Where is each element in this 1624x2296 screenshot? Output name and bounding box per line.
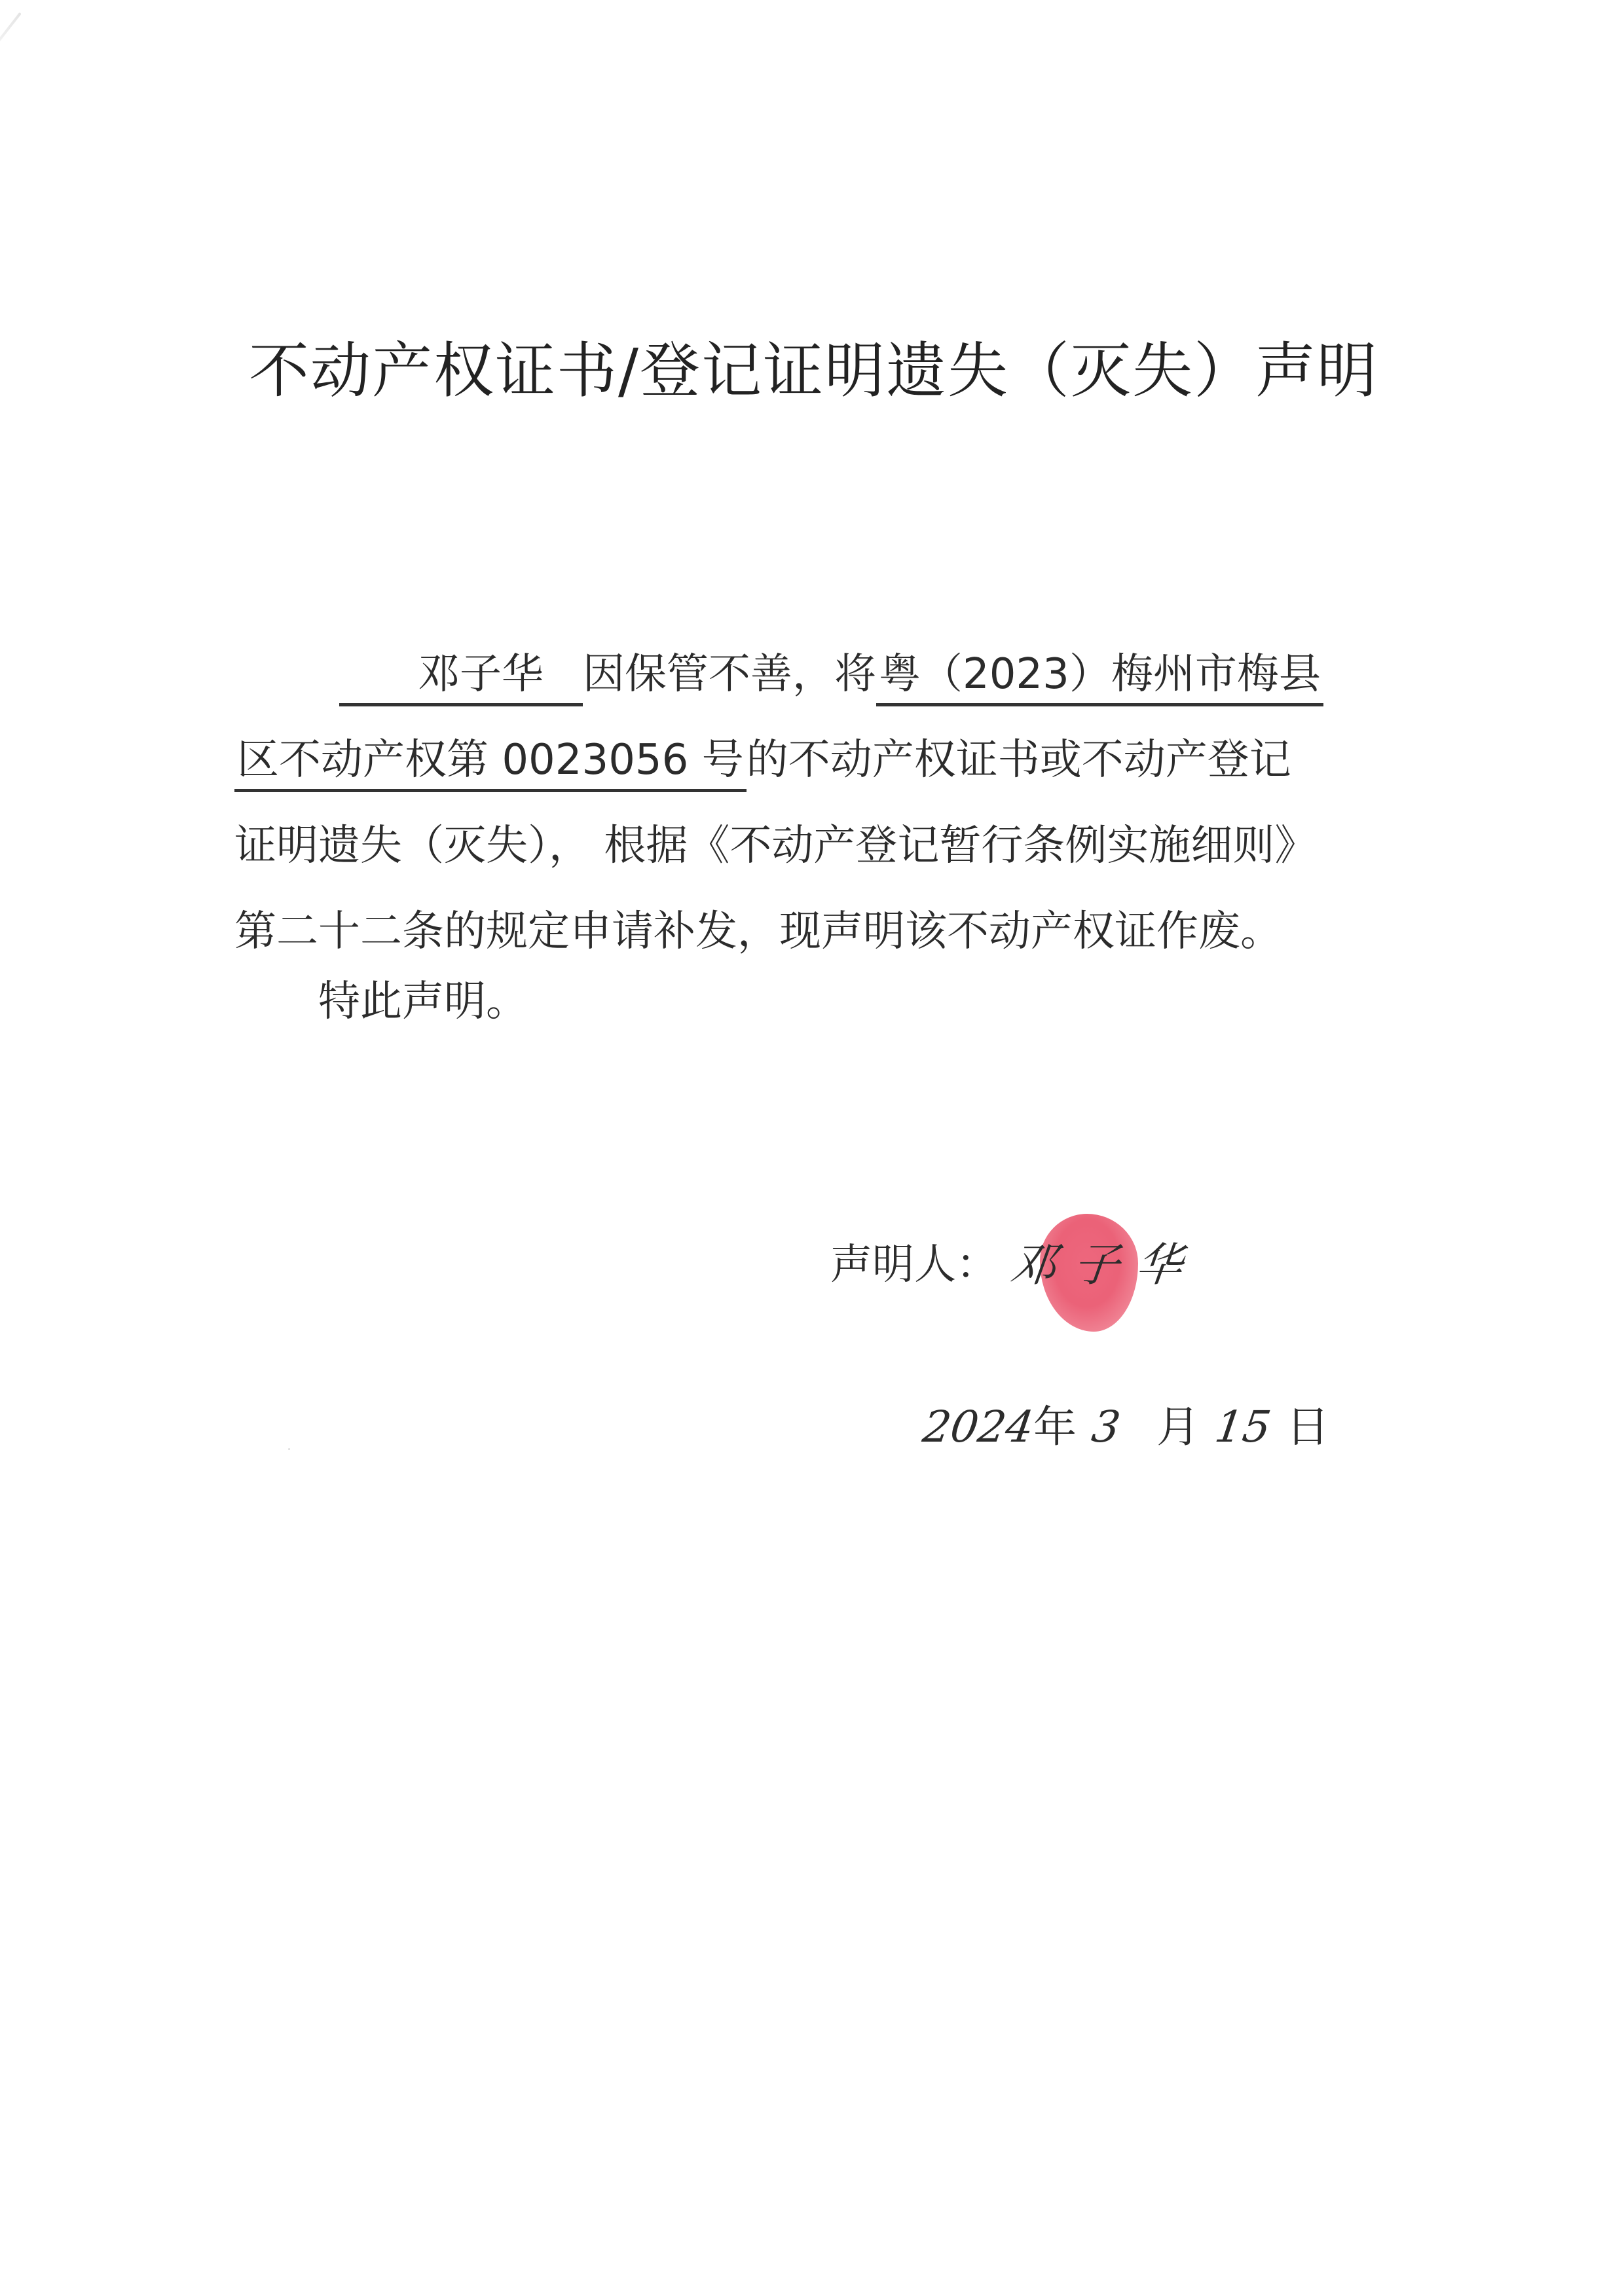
date-day-unit: 日 (1286, 1402, 1329, 1452)
body-line-1: 邓子华因保管不善，将粤（2023）梅州市梅县 (234, 632, 1375, 718)
certificate-number-field-part1: 粤（2023）梅州市梅县 (876, 646, 1323, 706)
declarant-name-field: 邓子华 (339, 646, 583, 706)
certificate-number-field-part2: 区不动产权第 0023056 号 (234, 731, 747, 792)
document-title: 不动产权证书/登记证明遗失（灭失）声明 (249, 329, 1375, 414)
scan-speck (288, 1448, 290, 1450)
declaration-date: 2024年3月15日 (923, 1394, 1329, 1460)
declaration-body: 邓子华因保管不善，将粤（2023）梅州市梅县 区不动产权第 0023056 号的… (234, 632, 1375, 975)
date-month-unit: 月 (1156, 1402, 1200, 1452)
body-text-segment: 因保管不善，将 (583, 650, 876, 699)
handwritten-signature: 邓子华 (1007, 1232, 1203, 1298)
date-year: 2024 (919, 1394, 1038, 1460)
scan-artifact-mark (0, 12, 22, 43)
body-line-3: 证明遗失（灭失）， 根据《不动产登记暂行条例实施细则》 (234, 803, 1375, 889)
declarant-label: 声明人： (830, 1232, 998, 1298)
body-line-2: 区不动产权第 0023056 号的不动产权证书或不动产登记 (234, 718, 1375, 803)
signature-block: 声明人： 邓子华 (830, 1219, 1289, 1324)
closing-statement: 特此声明。 (318, 969, 528, 1034)
date-year-unit: 年 (1033, 1402, 1077, 1452)
date-month: 3 (1088, 1394, 1124, 1460)
body-text-segment: 的不动产权证书或不动产登记 (747, 736, 1291, 784)
date-day: 15 (1211, 1394, 1275, 1460)
body-line-4: 第二十二条的规定申请补发，现声明该不动产权证作废。 (234, 889, 1375, 975)
